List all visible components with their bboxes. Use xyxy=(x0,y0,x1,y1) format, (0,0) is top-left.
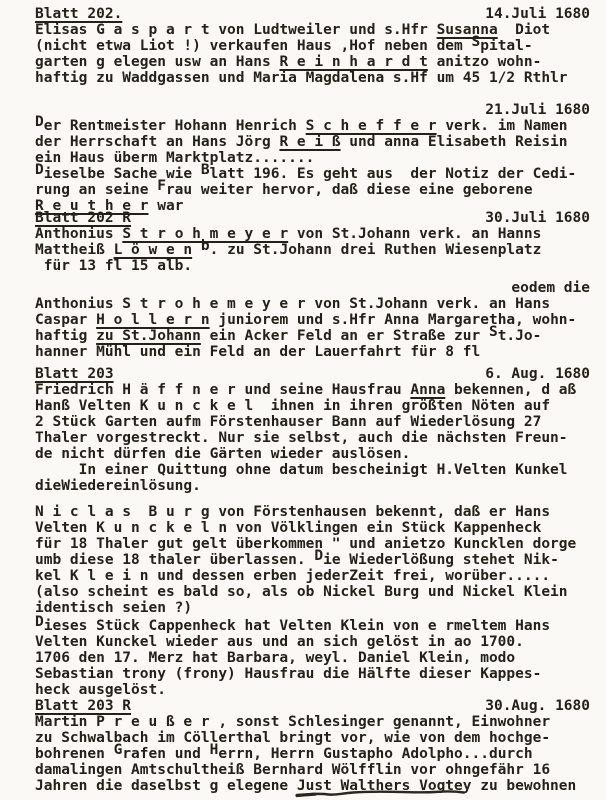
text-line: (nicht etwa Liot !) verkaufen Haus ,Hof … xyxy=(35,38,590,54)
text-segment: Velten K u n c k e l n von Völklingen ei… xyxy=(35,520,541,536)
text-segment: und anna Elisabeth Reisin xyxy=(341,134,568,150)
line-text: identisch seien ?) xyxy=(35,600,192,616)
line-text: Dieses Stück Cappenheck hat Velten Klein… xyxy=(35,618,550,634)
text-segment: er Rentmeister Hohann Henrich xyxy=(44,118,306,134)
text-line: 21.Juli 1680 xyxy=(35,102,590,118)
raised-letter: b xyxy=(201,238,210,254)
line-text: Velten Kunckel wieder aus und an sich ge… xyxy=(35,634,524,650)
section-blatt-203-r: Blatt 203 R30.Aug. 1680Martin P r e u ß … xyxy=(35,698,590,794)
underlined-text: zu St.Johann xyxy=(96,328,201,344)
text-segment: (nicht etwa Liot !) verkaufen Haus ,Hof … xyxy=(35,38,472,54)
text-segment: Thaler vorgestreckt. Nur sie selbst, auc… xyxy=(35,430,568,446)
line-text: Dieselbe Sache wie Blatt 196. Es geht au… xyxy=(35,166,576,182)
text-segment: pital- xyxy=(480,38,532,54)
section-niclas-burg: N i c l a s B u r g von Förstenhausen be… xyxy=(35,504,590,616)
line-text: Hanß Velten K u n c k e l ihnen in ihren… xyxy=(35,398,550,414)
text-segment: ein Haus überm Marktplatz....... xyxy=(35,150,314,166)
text-segment: Martin P r e u ß e r , sonst Schlesinger… xyxy=(35,714,550,730)
text-line: dieWiedereinlösung. xyxy=(35,478,590,494)
text-line: umb diese 18 thaler überlassen. Die Wied… xyxy=(35,552,590,568)
text-line: der Herrschaft an Hans Jörg R e i ß und … xyxy=(35,134,590,150)
text-line: Dieses Stück Cappenheck hat Velten Klein… xyxy=(35,618,590,634)
document-text: Blatt 202.14.Juli 1680Elisas G a s p a r… xyxy=(35,6,590,794)
section-header-line: Blatt 202.14.Juli 1680 xyxy=(35,6,590,22)
text-line: Anthonius S t r o h m e y e r von St.Joh… xyxy=(35,226,590,242)
text-segment: latt 196. Es geht aus der Notiz der Cedi… xyxy=(210,166,577,182)
text-segment: 2 Stück Garten aufm Förstenhauser Bann a… xyxy=(35,414,541,430)
underlined-text: L ö w e n xyxy=(114,242,193,258)
text-segment: haftig zu Waddgassen und Maria Magdalena… xyxy=(35,70,568,86)
line-text: heck ausgelöst. xyxy=(35,682,166,698)
line-text: Anthonius S t r o h m e y e r von St.Joh… xyxy=(35,226,541,242)
text-segment: Diot xyxy=(498,22,550,38)
raised-letter: D xyxy=(35,614,44,630)
date-label: 30.Juli 1680 xyxy=(485,210,590,226)
section-cession-21-juli: 21.Juli 1680Der Rentmeister Hohann Henri… xyxy=(35,102,590,214)
text-segment: Mattheiß xyxy=(35,242,114,258)
text-line: Friedrich H ä f f n e r und seine Hausfr… xyxy=(35,382,590,398)
line-text: Martin P r e u ß e r , sonst Schlesinger… xyxy=(35,714,550,730)
raised-letter: S xyxy=(489,324,498,340)
date-label: 14.Juli 1680 xyxy=(485,6,590,22)
text-line: Dieselbe Sache wie Blatt 196. Es geht au… xyxy=(35,166,590,182)
line-text: hanner Mühl und ein Feld an der Lauerfah… xyxy=(35,344,480,360)
text-segment: der Herrschaft an Hans Jörg xyxy=(35,134,279,150)
line-text: garten g elegen usw an Hans R e i n h a … xyxy=(35,54,541,70)
raised-letter: F xyxy=(157,178,166,194)
section-header-line: Blatt 2036. Aug. 1680 xyxy=(35,366,590,382)
text-line: N i c l a s B u r g von Förstenhausen be… xyxy=(35,504,590,520)
text-line: Mattheiß L ö w e n b. zu St.Johann drei … xyxy=(35,242,590,258)
line-text: dieWiedereinlösung. xyxy=(35,478,201,494)
line-text: Blatt 202. xyxy=(35,6,122,22)
text-segment: heck ausgelöst. xyxy=(35,682,166,698)
line-text: der Herrschaft an Hans Jörg R e i ß und … xyxy=(35,134,568,150)
line-text: damalingen Amtschultheiß Bernhard Wölffl… xyxy=(35,762,550,778)
text-line: heck ausgelöst. xyxy=(35,682,590,698)
text-segment: anitzo wohn- xyxy=(428,54,542,70)
line-text: Anthonius S t r o h e m e y e r von St.J… xyxy=(35,296,550,312)
text-line: In einer Quittung ohne datum bescheinigt… xyxy=(35,462,590,478)
text-line: Der Rentmeister Hohann Henrich S c h e f… xyxy=(35,118,590,134)
underlined-text: S c h e f f e r xyxy=(306,118,437,134)
text-segment: rafen und xyxy=(122,746,209,762)
text-segment: war xyxy=(149,198,184,214)
text-segment: Elisas G a s p a r t von Ludtweiler und … xyxy=(35,22,437,38)
line-text: bohrenen Grafen und Herrn, Herrn Gustaph… xyxy=(35,746,533,762)
underlined-text: R e i n h a r d t xyxy=(279,54,427,70)
text-line: für 18 Thaler gut gelt überkommen " und … xyxy=(35,536,590,552)
text-segment: ieselbe Sache wie xyxy=(44,166,201,182)
text-line: Velten Kunckel wieder aus und an sich ge… xyxy=(35,634,590,650)
text-segment: ie Wiederlößung stehet Nik- xyxy=(323,552,559,568)
line-text: Der Rentmeister Hohann Henrich S c h e f… xyxy=(35,118,568,134)
text-segment: ieses Stück Cappenheck hat Velten Klein … xyxy=(44,618,550,634)
text-line: haftig zu St.Johann ein Acker Feld an er… xyxy=(35,328,590,344)
section-blatt-203: Blatt 2036. Aug. 1680Friedrich H ä f f n… xyxy=(35,366,590,494)
line-text: Thaler vorgestreckt. Nur sie selbst, auc… xyxy=(35,430,568,446)
text-segment: de nicht dürfen die Gärten wieder auslös… xyxy=(35,446,410,462)
text-line: bohrenen Grafen und Herrn, Herrn Gustaph… xyxy=(35,746,590,762)
line-text: haftig zu Waddgassen und Maria Magdalena… xyxy=(35,70,568,86)
underlined-text: R e i ß xyxy=(279,134,340,150)
text-line: Velten K u n c k e l n von Völklingen ei… xyxy=(35,520,590,536)
text-segment: N i c l a s B u r g von Förstenhausen be… xyxy=(35,504,550,520)
line-text: zu Schwalbach im Cöllerthal bringt vor, … xyxy=(35,730,550,746)
text-segment: Friedrich H ä f f n e r und seine Hausfr… xyxy=(35,382,410,398)
text-segment: (also scheint es bald so, als ob Nickel … xyxy=(35,584,568,600)
text-line: Anthonius S t r o h e m e y e r von St.J… xyxy=(35,296,590,312)
text-line: eodem die xyxy=(35,280,590,296)
handwritten-stroke xyxy=(295,787,467,800)
text-line: Hanß Velten K u n c k e l ihnen in ihren… xyxy=(35,398,590,414)
line-text: Friedrich H ä f f n e r und seine Hausfr… xyxy=(35,382,576,398)
text-segment: Hanß Velten K u n c k e l ihnen in ihren… xyxy=(35,398,550,414)
text-segment: bohrenen xyxy=(35,746,114,762)
section-cappenheck-redemption: Dieses Stück Cappenheck hat Velten Klein… xyxy=(35,618,590,698)
text-segment: für 18 Thaler gut gelt überkommen " und … xyxy=(35,536,576,552)
text-line: damalingen Amtschultheiß Bernhard Wölffl… xyxy=(35,762,590,778)
raised-letter: D xyxy=(314,548,323,564)
text-line: rung an seine Frau weiter hervor, daß di… xyxy=(35,182,590,198)
text-segment: zu Schwalbach im Cöllerthal bringt vor, … xyxy=(35,730,550,746)
text-segment: verk. im Namen xyxy=(437,118,568,134)
text-line: Sebastian trony (frony) Hausfrau die Häl… xyxy=(35,666,590,682)
text-line: ein Haus überm Marktplatz....... xyxy=(35,150,590,166)
text-segment: dieWiedereinlösung. xyxy=(35,478,201,494)
text-segment: umb diese 18 thaler überlassen. xyxy=(35,552,314,568)
text-segment: hanner Mühl und ein Feld an der Lauerfah… xyxy=(35,344,480,360)
text-segment: In einer Quittung ohne datum bescheinigt… xyxy=(35,462,568,478)
line-text: Velten K u n c k e l n von Völklingen ei… xyxy=(35,520,541,536)
text-segment: rau weiter hervor, daß diese eine gebore… xyxy=(166,182,533,198)
line-text: 2 Stück Garten aufm Förstenhauser Bann a… xyxy=(35,414,541,430)
section-header-line: Blatt 202 R30.Juli 1680 xyxy=(35,210,590,226)
text-segment: ein Acker Feld an er Straße zur xyxy=(201,328,489,344)
raised-letter: D xyxy=(35,114,44,130)
underlined-text: Blatt 203 R xyxy=(35,698,131,714)
text-segment xyxy=(192,242,201,258)
underlined-text: Anna xyxy=(410,382,445,398)
text-segment: Caspar xyxy=(35,312,96,328)
date-label: 6. Aug. 1680 xyxy=(485,366,590,382)
section-blatt-202: Blatt 202.14.Juli 1680Elisas G a s p a r… xyxy=(35,6,590,86)
text-segment: Anthonius S t r o h e m e y e r von St.J… xyxy=(35,296,550,312)
line-text: In einer Quittung ohne datum bescheinigt… xyxy=(35,462,568,478)
text-line: Martin P r e u ß e r , sonst Schlesinger… xyxy=(35,714,590,730)
raised-letter: H xyxy=(210,742,219,758)
raised-letter: G xyxy=(114,742,123,758)
text-segment: Anthonius xyxy=(35,226,122,242)
text-segment: errn, Herrn Gustapho Adolpho...durch xyxy=(218,746,532,762)
line-text: Blatt 203 R xyxy=(35,698,131,714)
section-header-line: Blatt 203 R30.Aug. 1680 xyxy=(35,698,590,714)
text-segment: rung an seine xyxy=(35,182,157,198)
date-label: 21.Juli 1680 xyxy=(485,102,590,118)
document-page: Blatt 202.14.Juli 1680Elisas G a s p a r… xyxy=(0,0,606,800)
line-text: haftig zu St.Johann ein Acker Feld an er… xyxy=(35,328,541,344)
underlined-text: Blatt 203 xyxy=(35,366,114,382)
raised-letter: D xyxy=(35,162,44,178)
text-line: hanner Mühl und ein Feld an der Lauerfah… xyxy=(35,344,590,360)
text-segment: bekennen, d aß xyxy=(445,382,576,398)
line-text: de nicht dürfen die Gärten wieder auslös… xyxy=(35,446,410,462)
line-text: Sebastian trony (frony) Hausfrau die Häl… xyxy=(35,666,541,682)
text-line: identisch seien ?) xyxy=(35,600,590,616)
raised-letter: B xyxy=(201,162,210,178)
text-line: garten g elegen usw an Hans R e i n h a … xyxy=(35,54,590,70)
text-line: für 13 fl 15 alb. xyxy=(35,258,590,274)
line-text: Mattheiß L ö w e n b. zu St.Johann drei … xyxy=(35,242,541,258)
raised-letter: S xyxy=(472,34,481,50)
text-line: de nicht dürfen die Gärten wieder auslös… xyxy=(35,446,590,462)
date-label: eodem die xyxy=(511,280,590,296)
line-text: (nicht etwa Liot !) verkaufen Haus ,Hof … xyxy=(35,38,533,54)
line-text: Blatt 203 xyxy=(35,366,114,382)
line-text: umb diese 18 thaler überlassen. Die Wied… xyxy=(35,552,559,568)
line-text: Blatt 202 R xyxy=(35,210,131,226)
text-line: (also scheint es bald so, als ob Nickel … xyxy=(35,584,590,600)
section-blatt-202-r: Blatt 202 R30.Juli 1680Anthonius S t r o… xyxy=(35,210,590,274)
text-segment: identisch seien ?) xyxy=(35,600,192,616)
text-line: Elisas G a s p a r t von Ludtweiler und … xyxy=(35,22,590,38)
text-line: Caspar H o l l e r n juniorem und s.Hfr … xyxy=(35,312,590,328)
line-text: für 13 fl 15 alb. xyxy=(35,258,192,274)
underlined-text: Blatt 202. xyxy=(35,6,122,22)
line-text: N i c l a s B u r g von Förstenhausen be… xyxy=(35,504,550,520)
line-text: (also scheint es bald so, als ob Nickel … xyxy=(35,584,568,600)
underlined-text: Blatt 202 R xyxy=(35,210,131,226)
text-segment: t.Jo- xyxy=(498,328,542,344)
text-segment: haftig xyxy=(35,328,96,344)
line-text: 1706 den 17. Merz hat Barbara, weyl. Dan… xyxy=(35,650,515,666)
text-segment: von St.Johann verk. an Hanns xyxy=(288,226,541,242)
text-line: kel K l e i n und dessen erben jederZeit… xyxy=(35,568,590,584)
line-text: ein Haus überm Marktplatz....... xyxy=(35,150,314,166)
underlined-text: H o l l e r n xyxy=(96,312,210,328)
text-segment: 1706 den 17. Merz hat Barbara, weyl. Dan… xyxy=(35,650,515,666)
text-line: haftig zu Waddgassen und Maria Magdalena… xyxy=(35,70,590,86)
text-segment: kel K l e i n und dessen erben jederZeit… xyxy=(35,568,550,584)
text-line: 1706 den 17. Merz hat Barbara, weyl. Dan… xyxy=(35,650,590,666)
line-text: für 18 Thaler gut gelt überkommen " und … xyxy=(35,536,576,552)
text-segment: Sebastian trony (frony) Hausfrau die Häl… xyxy=(35,666,541,682)
text-segment: garten g elegen usw an Hans xyxy=(35,54,279,70)
underlined-text: Susanna xyxy=(437,22,498,38)
text-line: Thaler vorgestreckt. Nur sie selbst, auc… xyxy=(35,430,590,446)
text-segment: Velten Kunckel wieder aus und an sich ge… xyxy=(35,634,524,650)
text-segment: für 13 fl 15 alb. xyxy=(35,258,192,274)
section-eodem-die: eodem dieAnthonius S t r o h e m e y e r… xyxy=(35,280,590,360)
date-label: 30.Aug. 1680 xyxy=(485,698,590,714)
text-segment: juniorem und s.Hfr Anna Margaretha, wohn… xyxy=(210,312,577,328)
text-segment: . zu St.Johann drei Ruthen Wiesenplatz xyxy=(210,242,542,258)
text-segment: damalingen Amtschultheiß Bernhard Wölffl… xyxy=(35,762,550,778)
line-text: rung an seine Frau weiter hervor, daß di… xyxy=(35,182,533,198)
line-text: kel K l e i n und dessen erben jederZeit… xyxy=(35,568,550,584)
text-line: 2 Stück Garten aufm Förstenhauser Bann a… xyxy=(35,414,590,430)
